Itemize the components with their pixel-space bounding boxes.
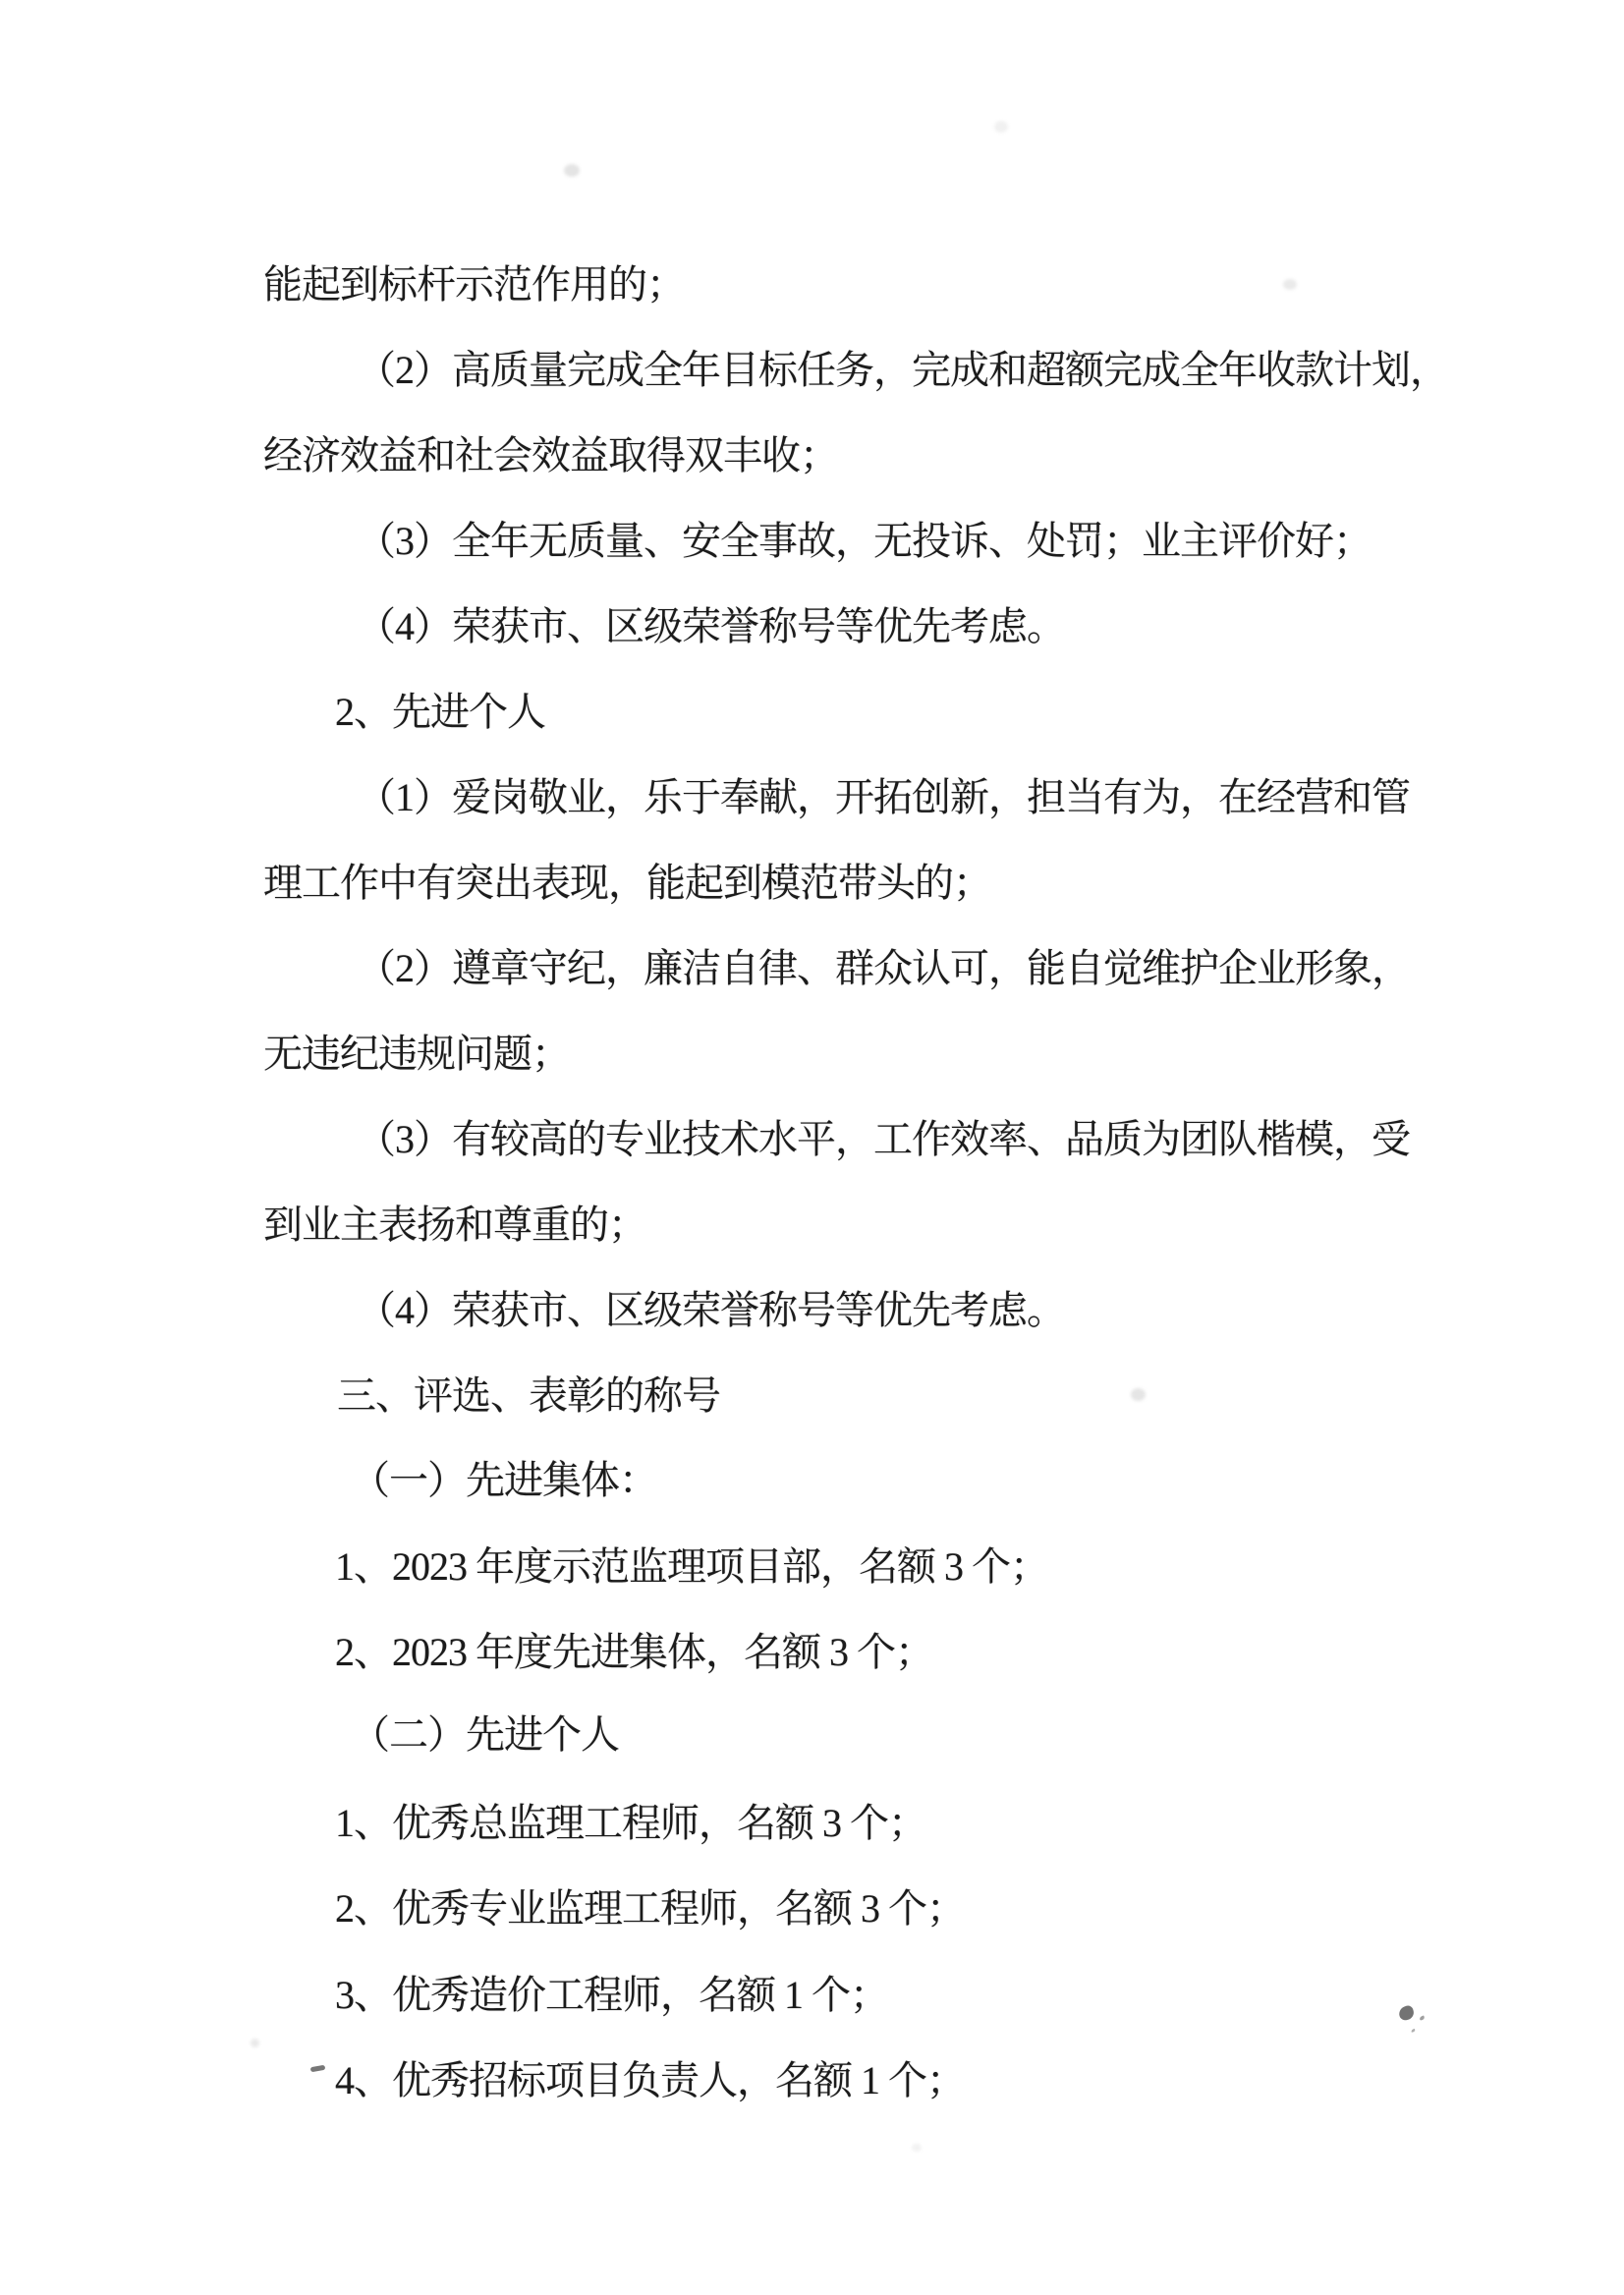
scan-speck xyxy=(1283,279,1297,290)
text-line: （1）爱岗敬业，乐于奉献，开拓创新，担当有为，在经营和管 xyxy=(357,774,1410,821)
text-line: （3）全年无质量、安全事故，无投诉、处罚；业主评价好； xyxy=(357,518,1372,565)
text-line: （3）有较高的专业技术水平，工作效率、品质为团队楷模，受 xyxy=(357,1116,1410,1163)
text-line: 无违纪违规问题； xyxy=(263,1031,570,1078)
text-line: 2、先进个人 xyxy=(335,689,545,736)
text-line: （4）荣获市、区级荣誉称号等优先考虑。 xyxy=(357,1287,1065,1334)
scan-speck xyxy=(1131,1388,1146,1401)
text-line: 理工作中有突出表现，能起到模范带头的； xyxy=(263,860,991,907)
text-line: 能起到标杆示范作用的； xyxy=(263,261,685,308)
subsection-heading: （一）先进集体： xyxy=(351,1457,657,1504)
text-line: 2、优秀专业监理工程师，名额 3 个； xyxy=(335,1885,965,1932)
section-heading: 三、评选、表彰的称号 xyxy=(337,1372,720,1420)
document-page: 能起到标杆示范作用的； （2）高质量完成全年目标任务，完成和超额完成全年收款计划… xyxy=(0,0,1624,2295)
text-line: （4）荣获市、区级荣誉称号等优先考虑。 xyxy=(357,603,1065,650)
text-line: 4、优秀招标项目负责人，名额 1 个； xyxy=(335,2057,965,2104)
text-line: （2）高质量完成全年目标任务，完成和超额完成全年收款计划， xyxy=(357,347,1448,394)
scan-speck xyxy=(564,164,580,177)
text-line: 1、2023 年度示范监理项目部，名额 3 个； xyxy=(335,1543,1048,1591)
scan-speck xyxy=(994,121,1008,133)
scan-blot xyxy=(1397,2004,1415,2021)
scan-speck xyxy=(251,2039,259,2047)
text-line: （2）遵章守纪，廉洁自律、群众认可，能自觉维护企业形象， xyxy=(357,945,1410,992)
text-line: 1、优秀总监理工程师，名额 3 个； xyxy=(335,1800,926,1847)
scan-speck xyxy=(912,2144,922,2152)
text-line: 经济效益和社会效益取得双丰收； xyxy=(263,432,838,479)
scan-dash xyxy=(310,2065,326,2073)
subsection-heading: （二）先进个人 xyxy=(351,1711,619,1759)
text-line: 到业主表扬和尊重的； xyxy=(263,1202,646,1249)
text-line: 3、优秀造价工程师，名额 1 个； xyxy=(335,1972,888,2019)
text-line: 2、2023 年度先进集体，名额 3 个； xyxy=(335,1629,933,1676)
